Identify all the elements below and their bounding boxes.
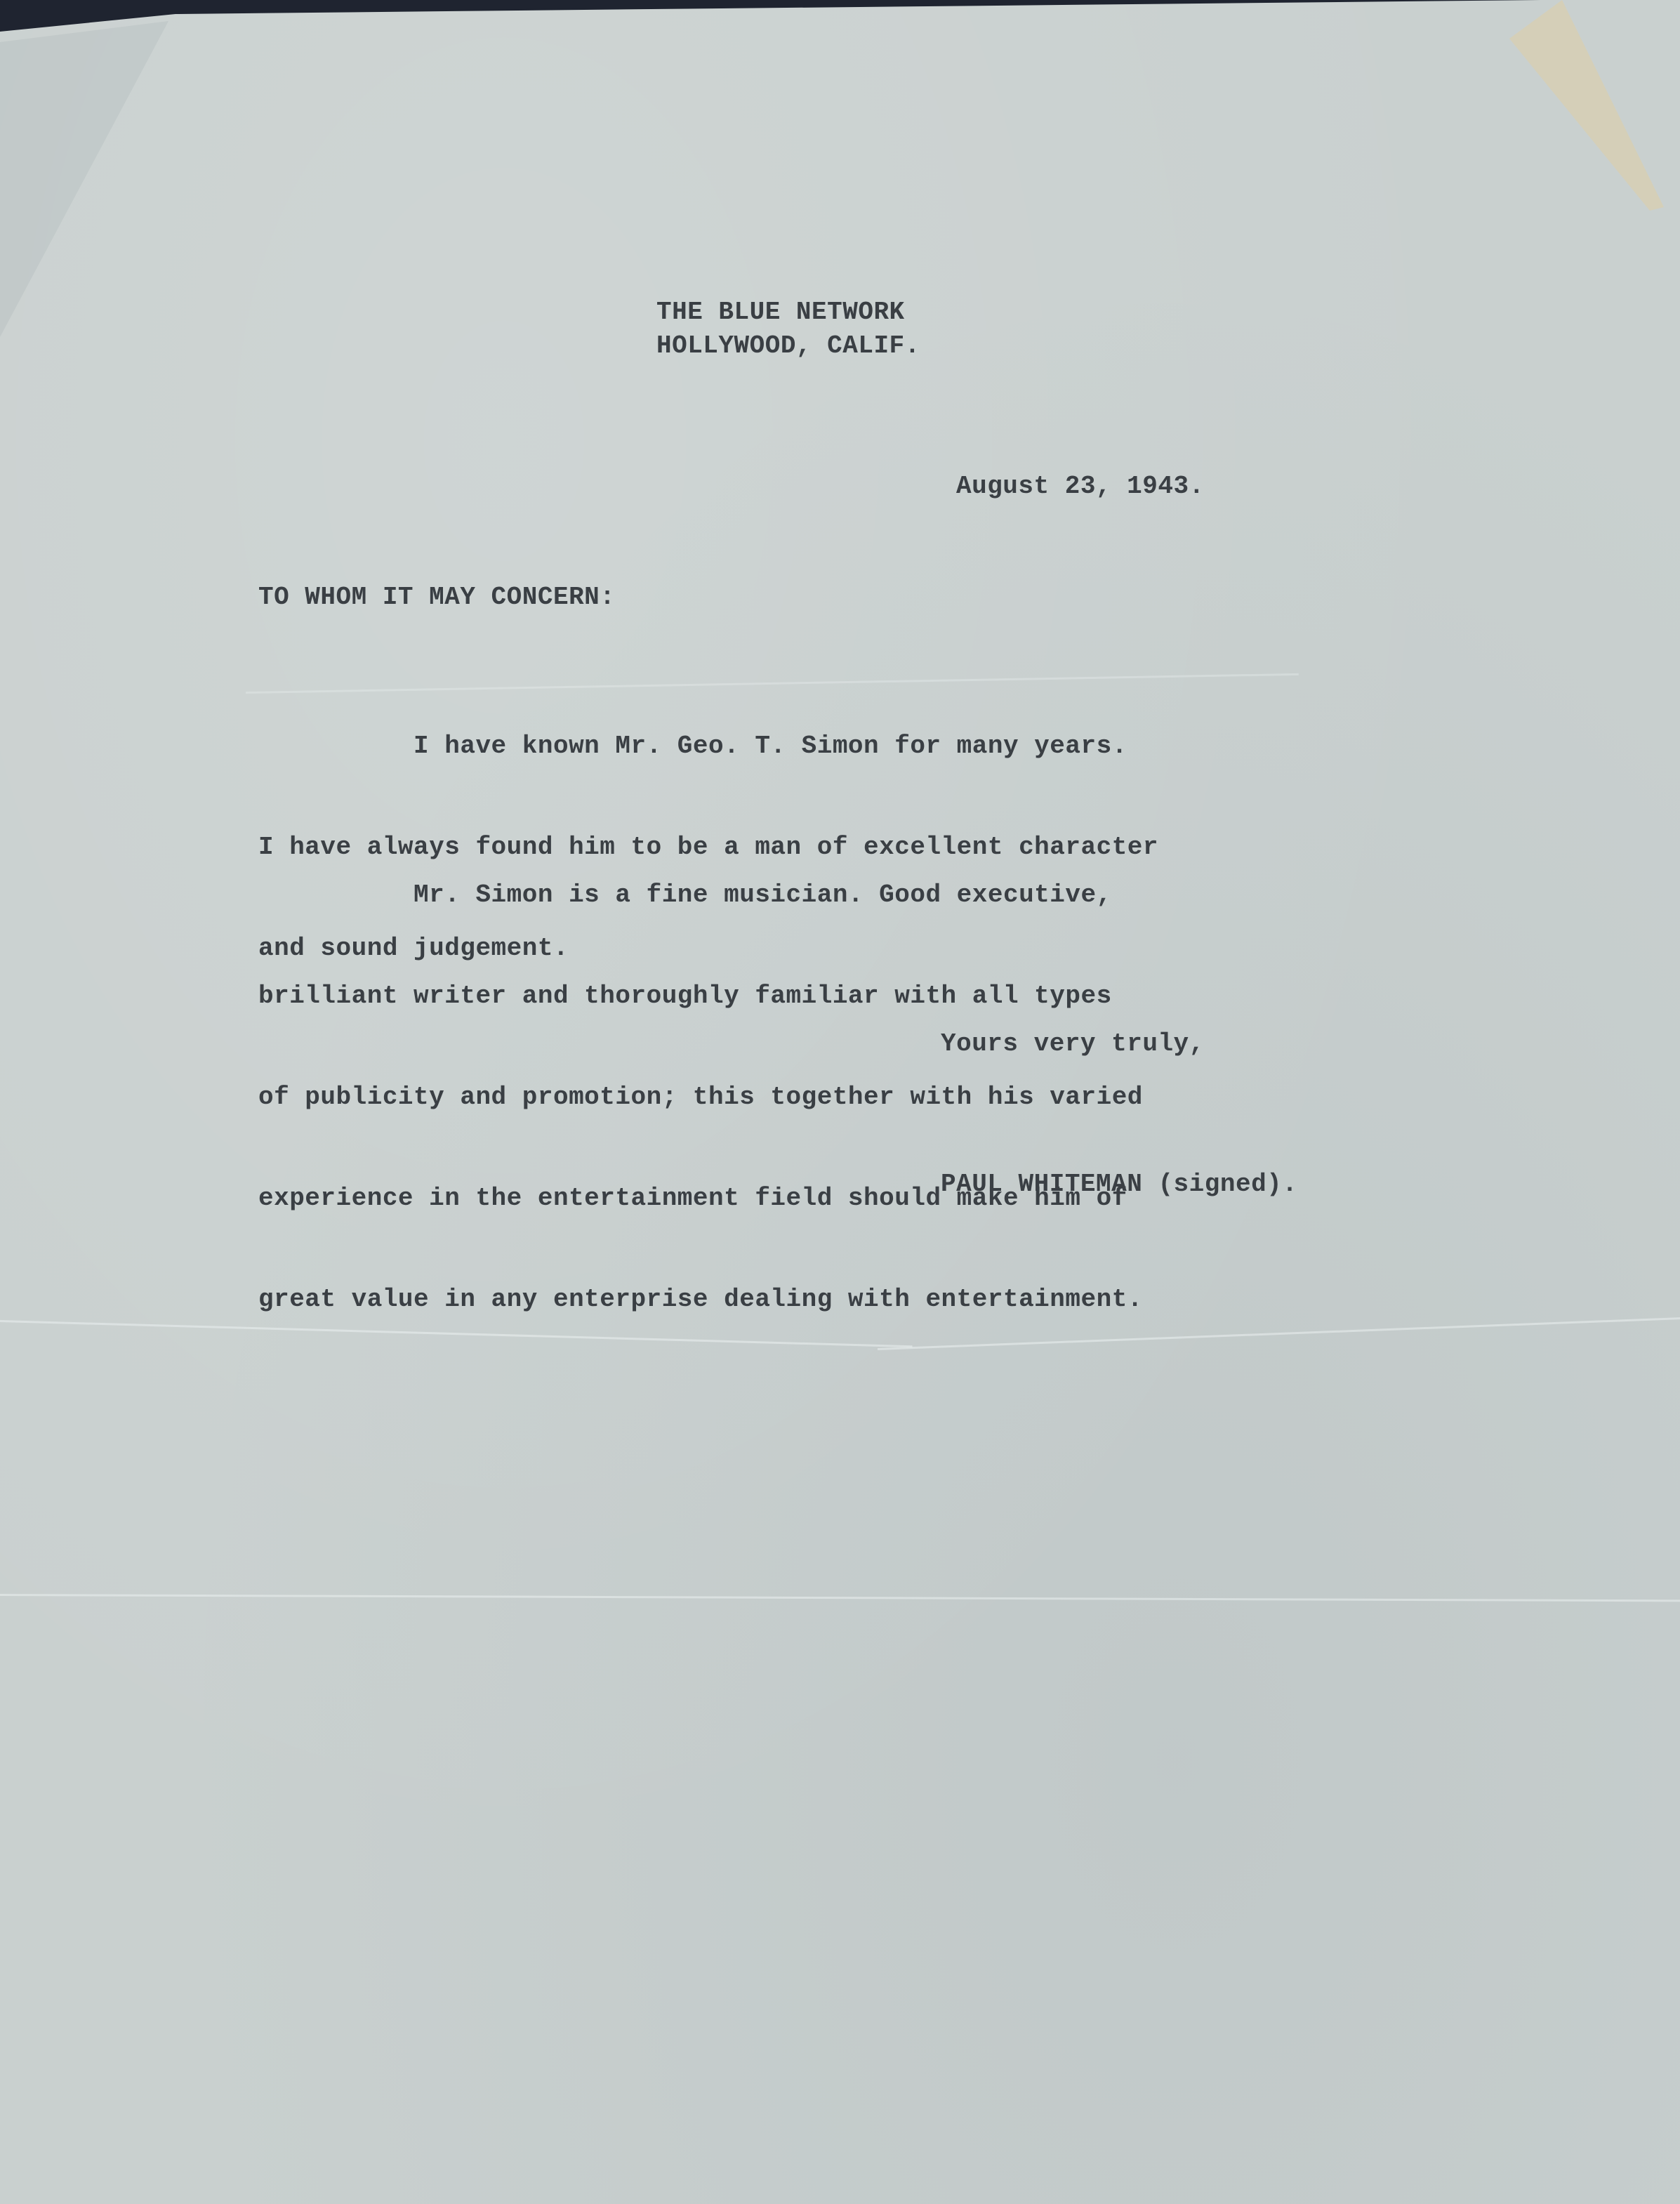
paragraph-line: brilliant writer and thoroughly familiar… — [258, 979, 1143, 1010]
letter-date: August 23, 1943. — [956, 469, 1205, 504]
letterhead-organization: THE BLUE NETWORK — [656, 295, 905, 330]
paragraph-line: Mr. Simon is a fine musician. Good execu… — [258, 878, 1143, 909]
typed-letter: THE BLUE NETWORK HOLLYWOOD, CALIF. Augus… — [0, 0, 1680, 2204]
letterhead-location: HOLLYWOOD, CALIF. — [656, 329, 920, 364]
paragraph-2: Mr. Simon is a fine musician. Good execu… — [258, 807, 1143, 1383]
paragraph-line: of publicity and promotion; this togethe… — [258, 1080, 1143, 1111]
paragraph-line: I have known Mr. Geo. T. Simon for many … — [258, 729, 1158, 760]
paragraph-line: great value in any enterprise dealing wi… — [258, 1282, 1143, 1313]
salutation: TO WHOM IT MAY CONCERN: — [258, 580, 615, 615]
closing: Yours very truly, — [941, 1027, 1205, 1062]
signature: PAUL WHITEMAN (signed). — [941, 1167, 1297, 1202]
